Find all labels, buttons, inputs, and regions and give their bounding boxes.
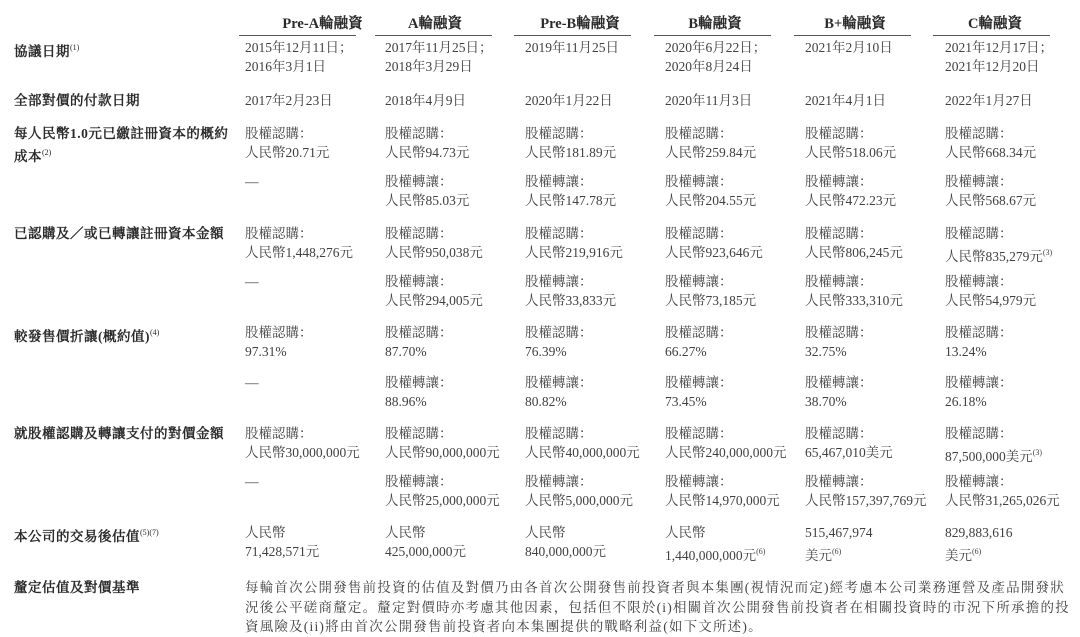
cell-cost-subscription-c: 股權認購：人民幣668.34元 xyxy=(945,124,1036,162)
header-rule xyxy=(375,35,492,36)
cell-consideration-subscription-b-plus: 股權認購：65,467,010美元 xyxy=(805,424,893,462)
cell-cost-subscription-a: 股權認購：人民幣94.73元 xyxy=(385,124,469,162)
row-label-discount: 較發售價折讓(概約值)(4) xyxy=(14,323,229,346)
cell-discount-subscription-pre-a: 股權認購：97.31% xyxy=(245,323,313,361)
cell-discount-transfer-b-plus: 股權轉讓：38.70% xyxy=(805,373,873,411)
cell-consideration-transfer-b: 股權轉讓：人民幣14,970,000元 xyxy=(665,472,780,510)
cell-agreement-date-c: 2021年12月17日；2021年12月20日 xyxy=(945,38,1053,76)
cell-discount-transfer-c: 股權轉讓：26.18% xyxy=(945,373,1013,411)
pre-ipo-investment-table: Pre-A輪融資 A輪融資 Pre-B輪融資 B輪融資 B+輪融資 C輪融資 協… xyxy=(0,0,1080,637)
cell-consideration-subscription-a: 股權認購：人民幣90,000,000元 xyxy=(385,424,500,462)
header-rule xyxy=(654,35,771,36)
cell-consideration-subscription-c: 股權認購：87,500,000美元(3) xyxy=(945,424,1042,466)
row-label-registered-capital: 已認購及／或已轉讓註冊資本金額 xyxy=(14,224,229,243)
column-header-pre-b: Pre-B輪融資 xyxy=(525,12,635,34)
header-rule xyxy=(933,35,1050,36)
cell-capital-subscription-pre-b: 股權認購：人民幣219,916元 xyxy=(525,224,623,262)
row-label-agreement-date: 協議日期(1) xyxy=(14,38,229,61)
cell-capital-transfer-pre-a: — xyxy=(245,272,259,291)
cell-cost-transfer-pre-a: — xyxy=(245,172,259,191)
cell-discount-subscription-b-plus: 股權認購：32.75% xyxy=(805,323,873,361)
cell-discount-transfer-a: 股權轉讓：88.96% xyxy=(385,373,453,411)
column-header-pre-a: Pre-A輪融資 xyxy=(245,12,400,34)
row-label-consideration: 就股權認購及轉讓支付的對價金額 xyxy=(14,424,229,443)
cell-capital-subscription-b-plus: 股權認購：人民幣806,245元 xyxy=(805,224,903,262)
column-header-b-plus: B+輪融資 xyxy=(805,12,905,34)
column-header-b: B輪融資 xyxy=(665,12,765,34)
cell-discount-subscription-c: 股權認購：13.24% xyxy=(945,323,1013,361)
cell-cost-subscription-pre-b: 股權認購：人民幣181.89元 xyxy=(525,124,616,162)
cell-capital-transfer-a: 股權轉讓：人民幣294,005元 xyxy=(385,272,483,310)
cell-valuation-b-plus: 515,467,974美元(6) xyxy=(805,523,873,565)
cell-cost-transfer-c: 股權轉讓：人民幣568.67元 xyxy=(945,172,1036,210)
cell-consideration-transfer-pre-b: 股權轉讓：人民幣5,000,000元 xyxy=(525,472,633,510)
cell-valuation-c: 829,883,616美元(6) xyxy=(945,523,1013,565)
cell-capital-subscription-pre-a: 股權認購：人民幣1,448,276元 xyxy=(245,224,353,262)
cell-consideration-subscription-b: 股權認購：人民幣240,000,000元 xyxy=(665,424,787,462)
cell-consideration-transfer-a: 股權轉讓：人民幣25,000,000元 xyxy=(385,472,500,510)
cell-payment-date-pre-b: 2020年1月22日 xyxy=(525,91,613,110)
cell-valuation-pre-a: 人民幣71,428,571元 xyxy=(245,523,319,561)
cell-cost-transfer-b: 股權轉讓：人民幣204.55元 xyxy=(665,172,756,210)
cell-cost-subscription-b-plus: 股權認購：人民幣518.06元 xyxy=(805,124,896,162)
cell-cost-transfer-pre-b: 股權轉讓：人民幣147.78元 xyxy=(525,172,616,210)
cell-payment-date-b-plus: 2021年4月1日 xyxy=(805,91,886,110)
cell-valuation-b: 人民幣1,440,000,000元(6) xyxy=(665,523,765,565)
row-label-payment-date: 全部對價的付款日期 xyxy=(14,91,229,110)
cell-discount-transfer-pre-a: — xyxy=(245,373,259,392)
column-header-a: A輪融資 xyxy=(385,12,485,34)
cell-cost-transfer-b-plus: 股權轉讓：人民幣472.23元 xyxy=(805,172,896,210)
cell-consideration-subscription-pre-a: 股權認購：人民幣30,000,000元 xyxy=(245,424,360,462)
header-rule xyxy=(794,35,911,36)
cell-capital-transfer-b: 股權轉讓：人民幣73,185元 xyxy=(665,272,756,310)
cell-cost-subscription-b: 股權認購：人民幣259.84元 xyxy=(665,124,756,162)
cell-valuation-a: 人民幣425,000,000元 xyxy=(385,523,466,561)
cell-agreement-date-pre-b: 2019年11月25日 xyxy=(525,38,619,57)
cell-discount-subscription-a: 股權認購：87.70% xyxy=(385,323,453,361)
cell-capital-subscription-c: 股權認購：人民幣835,279元(3) xyxy=(945,224,1052,266)
header-rule xyxy=(514,35,631,36)
cell-cost-transfer-a: 股權轉讓：人民幣85.03元 xyxy=(385,172,469,210)
cell-payment-date-a: 2018年4月9日 xyxy=(385,91,466,110)
cell-payment-date-c: 2022年1月27日 xyxy=(945,91,1033,110)
cell-capital-subscription-b: 股權認購：人民幣923,646元 xyxy=(665,224,763,262)
cell-discount-subscription-b: 股權認購：66.27% xyxy=(665,323,733,361)
column-header-c: C輪融資 xyxy=(945,12,1045,34)
cell-capital-transfer-b-plus: 股權轉讓：人民幣333,310元 xyxy=(805,272,903,310)
cell-consideration-transfer-pre-a: — xyxy=(245,472,259,491)
cell-agreement-date-b-plus: 2021年2月10日 xyxy=(805,38,893,57)
row-label-post-money-valuation: 本公司的交易後估值(5)(7) xyxy=(14,523,229,546)
cell-consideration-transfer-b-plus: 股權轉讓：人民幣157,397,769元 xyxy=(805,472,927,510)
cell-agreement-date-pre-a: 2015年12月11日；2016年3月1日 xyxy=(245,38,353,76)
cell-cost-subscription-pre-a: 股權認購：人民幣20.71元 xyxy=(245,124,329,162)
cell-agreement-date-b: 2020年6月22日；2020年8月24日 xyxy=(665,38,766,76)
cell-payment-date-pre-a: 2017年2月23日 xyxy=(245,91,333,110)
row-label-basis: 釐定估值及對價基準 xyxy=(14,578,229,597)
cell-discount-subscription-pre-b: 股權認購：76.39% xyxy=(525,323,593,361)
row-label-cost-per-share: 每人民幣1.0元已繳註冊資本的概約 成本(2) xyxy=(14,124,229,166)
cell-capital-transfer-pre-b: 股權轉讓：人民幣33,833元 xyxy=(525,272,616,310)
basis-paragraph: 每輪首次公開發售前投資的估值及對價乃由各首次公開發售前投資者與本集團(視情況而定… xyxy=(245,578,1070,637)
header-rule xyxy=(239,35,356,36)
cell-payment-date-b: 2020年11月3日 xyxy=(665,91,752,110)
cell-capital-subscription-a: 股權認購：人民幣950,038元 xyxy=(385,224,483,262)
cell-capital-transfer-c: 股權轉讓：人民幣54,979元 xyxy=(945,272,1036,310)
cell-valuation-pre-b: 人民幣840,000,000元 xyxy=(525,523,606,561)
cell-discount-transfer-pre-b: 股權轉讓：80.82% xyxy=(525,373,593,411)
cell-consideration-transfer-c: 股權轉讓：人民幣31,265,026元 xyxy=(945,472,1060,510)
cell-consideration-subscription-pre-b: 股權認購：人民幣40,000,000元 xyxy=(525,424,640,462)
cell-agreement-date-a: 2017年11月25日；2018年3月29日 xyxy=(385,38,493,76)
cell-discount-transfer-b: 股權轉讓：73.45% xyxy=(665,373,733,411)
